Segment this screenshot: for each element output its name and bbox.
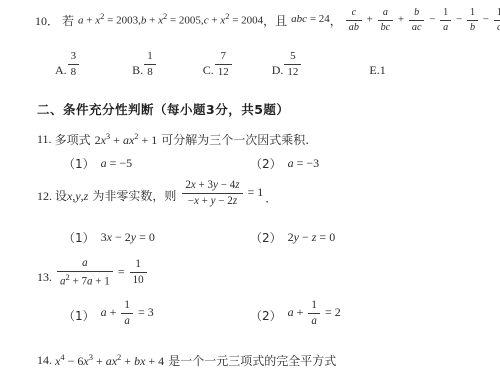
option-c-numerator: 7 <box>215 50 232 64</box>
option-b-fraction: 18 <box>144 50 156 78</box>
question-10: 10． 若 a + x2 = 2003,b + x2 = 2005,c + x2… <box>35 7 498 33</box>
option-a-numerator: 3 <box>68 50 80 64</box>
question-12-intro: 设 <box>55 187 67 204</box>
option-c-fraction: 712 <box>215 50 232 78</box>
question-13-condition-1: （1） a + 1a = 3 <box>63 299 250 327</box>
option-b: B. 18 <box>132 50 157 78</box>
question-10-number: 10． <box>35 12 59 29</box>
condition-1-statement: a = −5 <box>101 156 133 171</box>
question-12-period: ． <box>265 189 277 206</box>
option-d-label: D. <box>272 63 284 78</box>
option-d: D. 512 <box>272 50 303 78</box>
question-10-equations: a + x2 = 2003,b + x2 = 2005,c + x2 = 200… <box>78 12 263 28</box>
option-d-fraction: 512 <box>284 50 301 78</box>
option-b-denominator: 8 <box>144 64 156 79</box>
question-11-conditions: （1） a = −5 （2） a = −3 <box>63 155 319 172</box>
question-14-statement: 是一个一元三项式的完全平方式 <box>168 352 336 369</box>
question-10-intro: 若 <box>62 12 74 29</box>
question-13-equation: aa2 + 7a + 1 = 110 <box>55 257 149 288</box>
question-10-target-expression: cab + abc + bac − 1a − 1b − 1c = <box>344 7 500 33</box>
condition-2-label: （2） <box>250 229 282 246</box>
option-c-denominator: 12 <box>215 64 232 79</box>
option-d-denominator: 12 <box>284 64 301 79</box>
condition-1-label: （1） <box>63 229 95 246</box>
question-12-statement: 为非零实数，则 <box>92 187 176 204</box>
condition-2-statement: 2y − z = 0 <box>288 230 336 245</box>
question-11-statement: 可分解为三个一次因式乘积. <box>161 131 309 148</box>
question-12-equation: 2x + 3y − 4z−x + y − 2z = 1 <box>180 179 263 207</box>
condition-2-statement: a + 1a = 2 <box>288 299 341 327</box>
question-14-polynomial: x4 − 6x3 + ax2 + bx + 4 <box>55 353 164 369</box>
option-b-numerator: 1 <box>144 50 156 64</box>
question-11: 11. 多项式 2x3 + ax2 + 1 可分解为三个一次因式乘积. <box>37 131 309 148</box>
condition-1-label: （1） <box>63 307 95 324</box>
question-12-number: 12. <box>37 189 52 204</box>
question-11-intro: 多项式 <box>55 131 91 148</box>
question-10-options: A. 38 B. 18 C. 712 D. 512 E.1 <box>55 50 386 78</box>
option-e: E.1 <box>369 63 385 78</box>
option-e-label: E.1 <box>369 63 385 78</box>
condition-2-label: （2） <box>250 307 282 324</box>
question-13: 13. aa2 + 7a + 1 = 110 <box>37 257 149 288</box>
option-c: C. 712 <box>203 50 233 78</box>
question-13-condition-2: （2） a + 1a = 2 <box>250 299 341 327</box>
option-c-label: C. <box>203 63 214 78</box>
question-12-variables: x,y,z <box>67 189 88 204</box>
option-a-label: A. <box>55 63 67 78</box>
option-a-fraction: 38 <box>68 50 80 78</box>
question-12-condition-2: （2） 2y − z = 0 <box>250 229 335 246</box>
condition-1-statement: a + 1a = 3 <box>101 299 154 327</box>
question-14-number: 14. <box>37 353 52 368</box>
condition-1-label: （1） <box>63 155 95 172</box>
condition-1-statement: 3x − 2y = 0 <box>101 230 155 245</box>
option-a-denominator: 8 <box>68 64 80 79</box>
question-13-conditions: （1） a + 1a = 3 （2） a + 1a = 2 <box>63 299 341 327</box>
option-b-label: B. <box>132 63 143 78</box>
question-11-polynomial: 2x3 + ax2 + 1 <box>95 132 158 148</box>
question-10-comma: ， <box>330 12 342 29</box>
question-12: 12. 设 x,y,z 为非零实数，则 2x + 3y − 4z−x + y −… <box>37 179 277 207</box>
question-10-product-condition: abc = 24 <box>291 13 330 27</box>
condition-2-label: （2） <box>250 155 282 172</box>
condition-2-statement: a = −3 <box>288 156 320 171</box>
question-11-number: 11. <box>37 132 52 147</box>
option-d-numerator: 5 <box>284 50 301 64</box>
option-a: A. 38 <box>55 50 80 78</box>
question-13-number: 13. <box>37 270 52 285</box>
exam-page: 10． 若 a + x2 = 2003,b + x2 = 2005,c + x2… <box>0 0 500 383</box>
question-11-condition-1: （1） a = −5 <box>63 155 250 172</box>
question-10-conjunction: ，且 <box>263 12 287 29</box>
question-14: 14. x4 − 6x3 + ax2 + bx + 4 是一个一元三项式的完全平… <box>37 352 336 369</box>
question-12-condition-1: （1） 3x − 2y = 0 <box>63 229 250 246</box>
question-12-conditions: （1） 3x − 2y = 0 （2） 2y − z = 0 <box>63 229 335 246</box>
section-header: 二、条件充分性判断（每小题3分，共5题） <box>37 100 289 118</box>
question-11-condition-2: （2） a = −3 <box>250 155 319 172</box>
section-title: 二、条件充分性判断（每小题3分，共5题） <box>37 100 289 118</box>
